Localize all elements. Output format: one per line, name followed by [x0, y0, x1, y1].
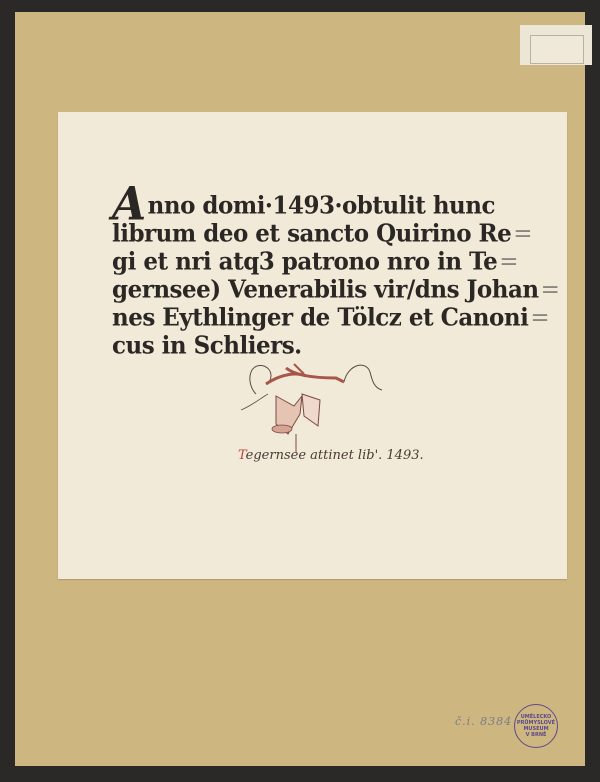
mount-board: Anno domi·1493·obtulit hunc librum deo e… [15, 12, 585, 766]
manuscript-sheet: Anno domi·1493·obtulit hunc librum deo e… [58, 112, 567, 579]
text-line-1: Anno domi·1493·obtulit hunc [112, 189, 532, 221]
colophon-initial: T [238, 448, 246, 463]
text-line-5: nes Eythlinger de Tölcz et Canoni= [112, 303, 532, 332]
manuscript-text: Anno domi·1493·obtulit hunc librum deo e… [112, 190, 532, 359]
text-line-2: librum deo et sancto Quirino Re= [112, 219, 532, 248]
text-line-4: gernsee) Venerabilis vir/dns Johan= [112, 275, 532, 304]
inventory-number: č.i. 8384 [455, 715, 512, 728]
blank-label [520, 25, 592, 65]
blank-label-frame [530, 35, 584, 64]
museum-stamp: UMĚLECKO PRŮMYSLOVÉ MUSEUM V BRNĚ [514, 704, 558, 748]
colophon: Tegernsee attinet lib'. 1493. [238, 448, 424, 463]
bell-drawing-icon [236, 354, 396, 454]
text-line-3: gi et nri atq3 patrono nro in Te= [112, 247, 532, 276]
